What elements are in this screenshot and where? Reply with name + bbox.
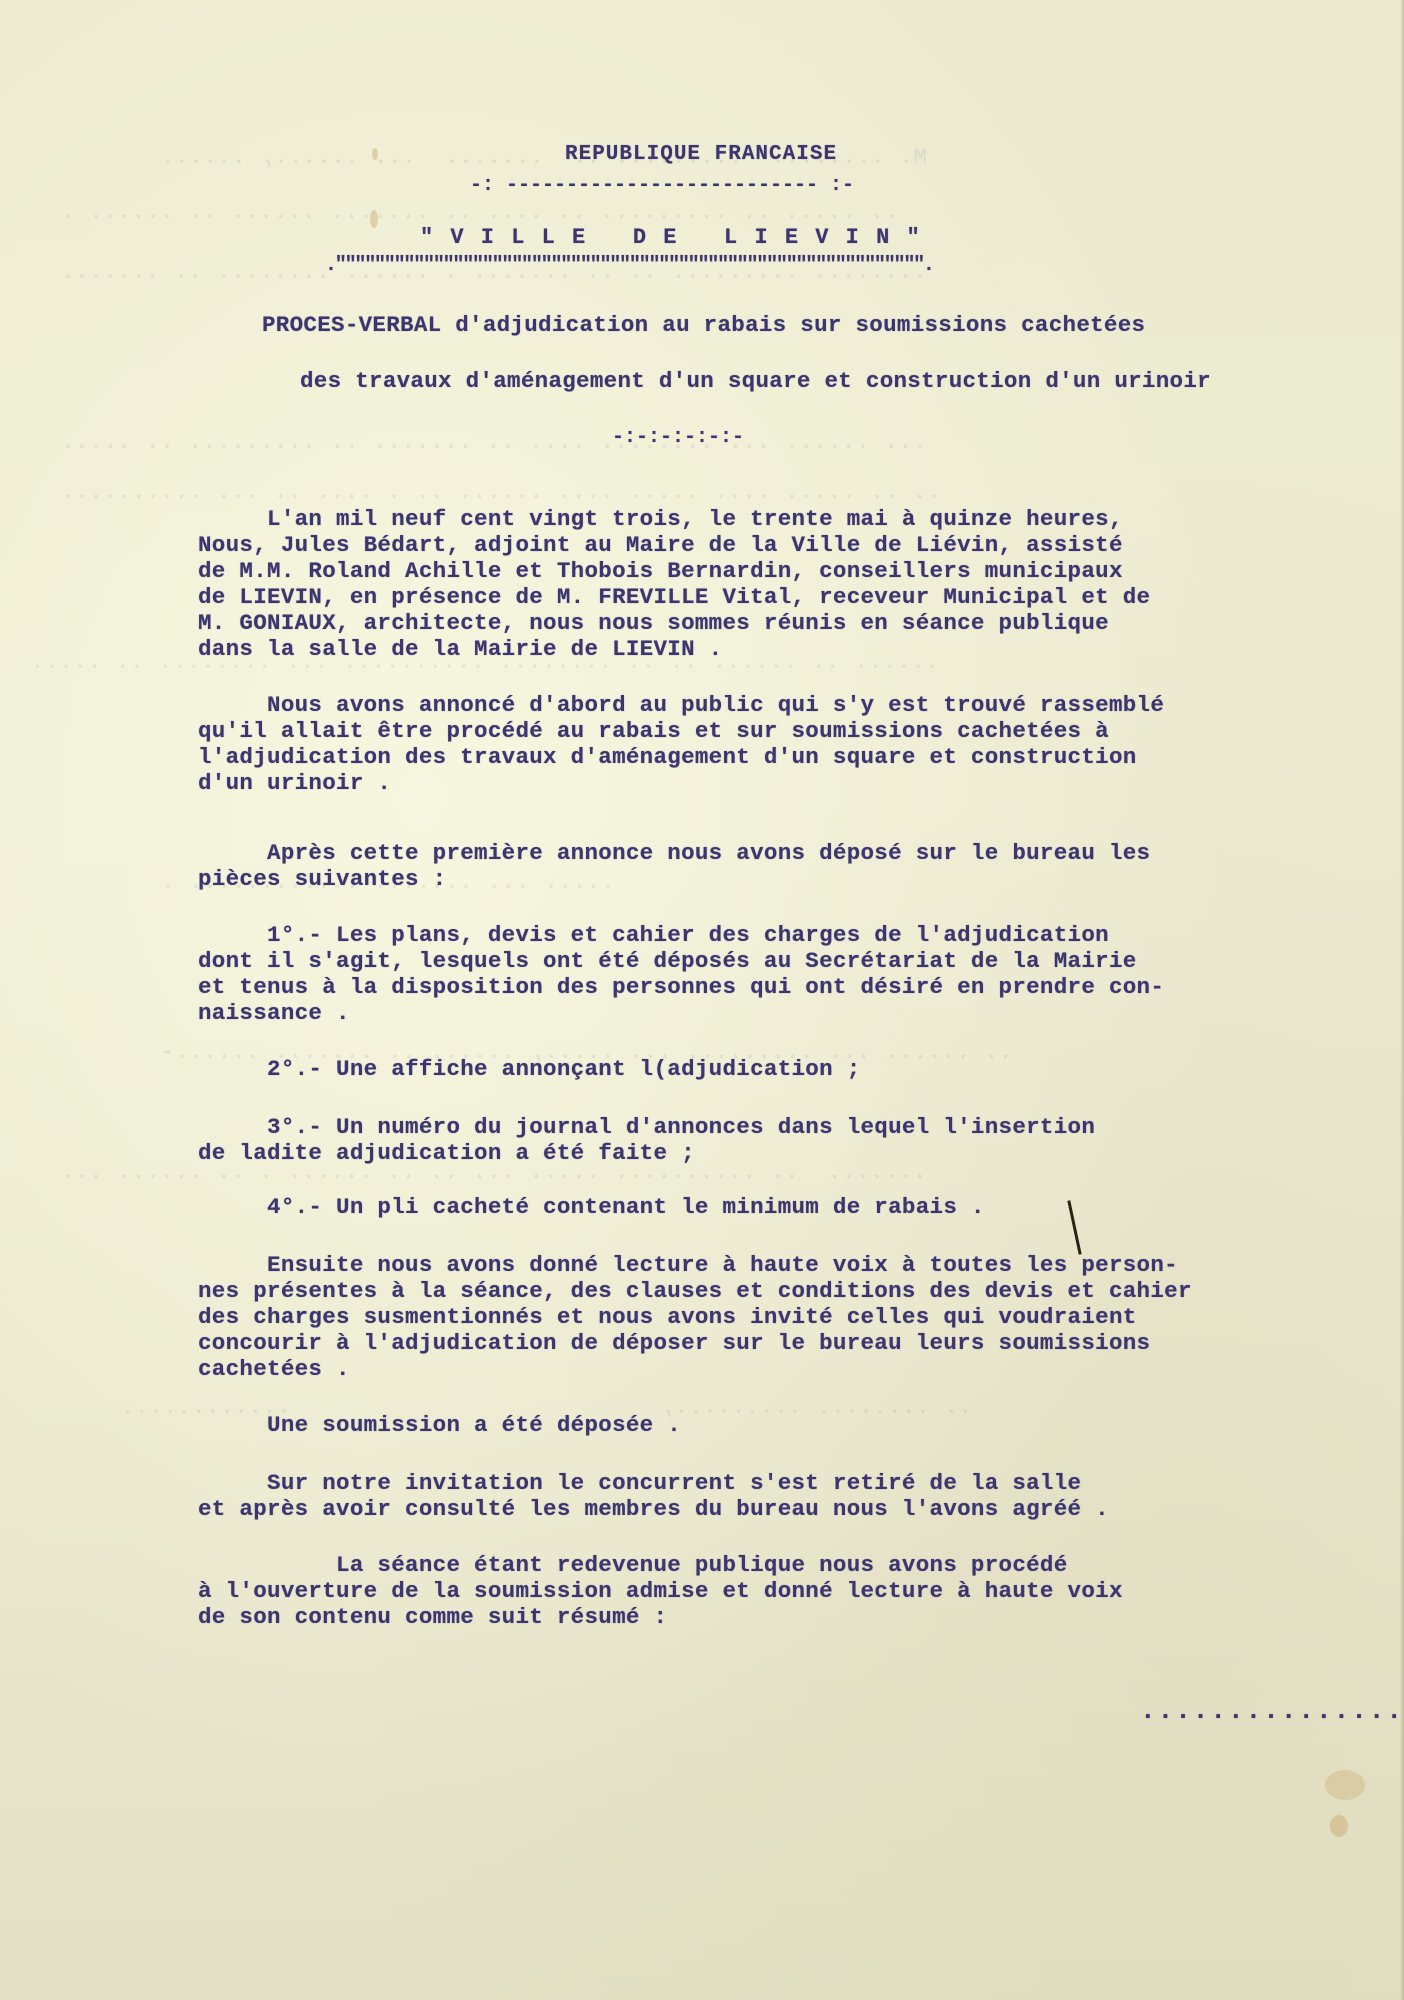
text-line: d'un urinoir . (198, 770, 391, 796)
text-line: l'adjudication des travaux d'aménagement… (198, 744, 1137, 770)
text-line: Ensuite nous avons donné lecture à haute… (198, 1252, 1178, 1278)
text-line: La séance étant redevenue publique nous … (198, 1552, 1068, 1578)
paper-stain (372, 148, 378, 160)
text-line: concourir à l'adjudication de déposer su… (198, 1330, 1150, 1356)
text-line: cachetées . (198, 1356, 350, 1382)
paper-stain (370, 210, 378, 228)
text-line: pièces suivantes : (198, 866, 446, 892)
paper-stain (1330, 1815, 1348, 1837)
text-line: 1°.- Les plans, devis et cahier des char… (198, 922, 1109, 948)
text-line: et tenus à la disposition des personnes … (198, 974, 1164, 1000)
title-line-1: PROCES-VERBAL d'adjudication au rabais s… (262, 312, 1145, 338)
text-line: 4°.- Un pli cacheté contenant le minimum… (198, 1194, 985, 1220)
text-line: à l'ouverture de la soumission admise et… (198, 1578, 1123, 1604)
bleed-through-text: .. .. ..... .... ..... .... ...... .. . … (60, 480, 941, 505)
text-line: de LIEVIN, en présence de M. FREVILLE Vi… (198, 584, 1150, 610)
text-line: L'an mil neuf cent vingt trois, le trent… (198, 506, 1123, 532)
text-line: nes présentes à la séance, des clauses e… (198, 1278, 1192, 1304)
text-line: de M.M. Roland Achille et Thobois Bernar… (198, 558, 1123, 584)
text-line: 3°.- Un numéro du journal d'annonces dan… (198, 1114, 1095, 1140)
text-line: dans la salle de la Mairie de LIEVIN . (198, 636, 722, 662)
continuation-dots: ................ (1140, 1698, 1404, 1724)
text-line: Nous avons annoncé d'abord au public qui… (198, 692, 1164, 718)
text-line: qu'il allait être procédé au rabais et s… (198, 718, 1109, 744)
text-line: Une soumission a été déposée . (198, 1412, 681, 1438)
paper-stain (1325, 1770, 1365, 1800)
text-line: de ladite adjudication a été faite ; (198, 1140, 695, 1166)
paper-scratch (1067, 1200, 1081, 1254)
text-line: 2°.- Une affiche annonçant l(adjudicatio… (198, 1056, 861, 1082)
title-separator: -:-:-:-:-:- (612, 425, 744, 451)
text-line: naissance . (198, 1000, 350, 1026)
title-line-2: des travaux d'aménagement d'un square et… (300, 368, 1211, 394)
bleed-through-text: ... ...... ... ........ .... .. ....... … (60, 430, 926, 455)
header-rule: -: -------------------------- :- (470, 173, 854, 199)
text-line: dont il s'agit, lesquels ont été déposés… (198, 948, 1137, 974)
text-line: de son contenu comme suit résumé : (198, 1604, 667, 1630)
header-city: " V I L L E D E L I E V I N " (420, 225, 922, 251)
header-rule-quotes: ."""""""""""""""""""""""""""""""""""""""… (325, 253, 933, 279)
text-line: Après cette première annonce nous avons … (198, 840, 1150, 866)
text-line: des charges susmentionnés et nous avons … (198, 1304, 1137, 1330)
page-edge (1400, 0, 1404, 2000)
text-line: Sur notre invitation le concurrent s'est… (198, 1470, 1081, 1496)
header-republic: REPUBLIQUE FRANCAISE (565, 142, 837, 168)
document-page: M. ........ ......... .. ....... ... ...… (0, 0, 1404, 2000)
text-line: Nous, Jules Bédart, adjoint au Maire de … (198, 532, 1123, 558)
text-line: et après avoir consulté les membres du b… (198, 1496, 1109, 1522)
bleed-through-text: .. ..... .. ......... .. .... .. .......… (60, 200, 898, 225)
text-line: M. GONIAUX, architecte, nous nous sommes… (198, 610, 1109, 636)
